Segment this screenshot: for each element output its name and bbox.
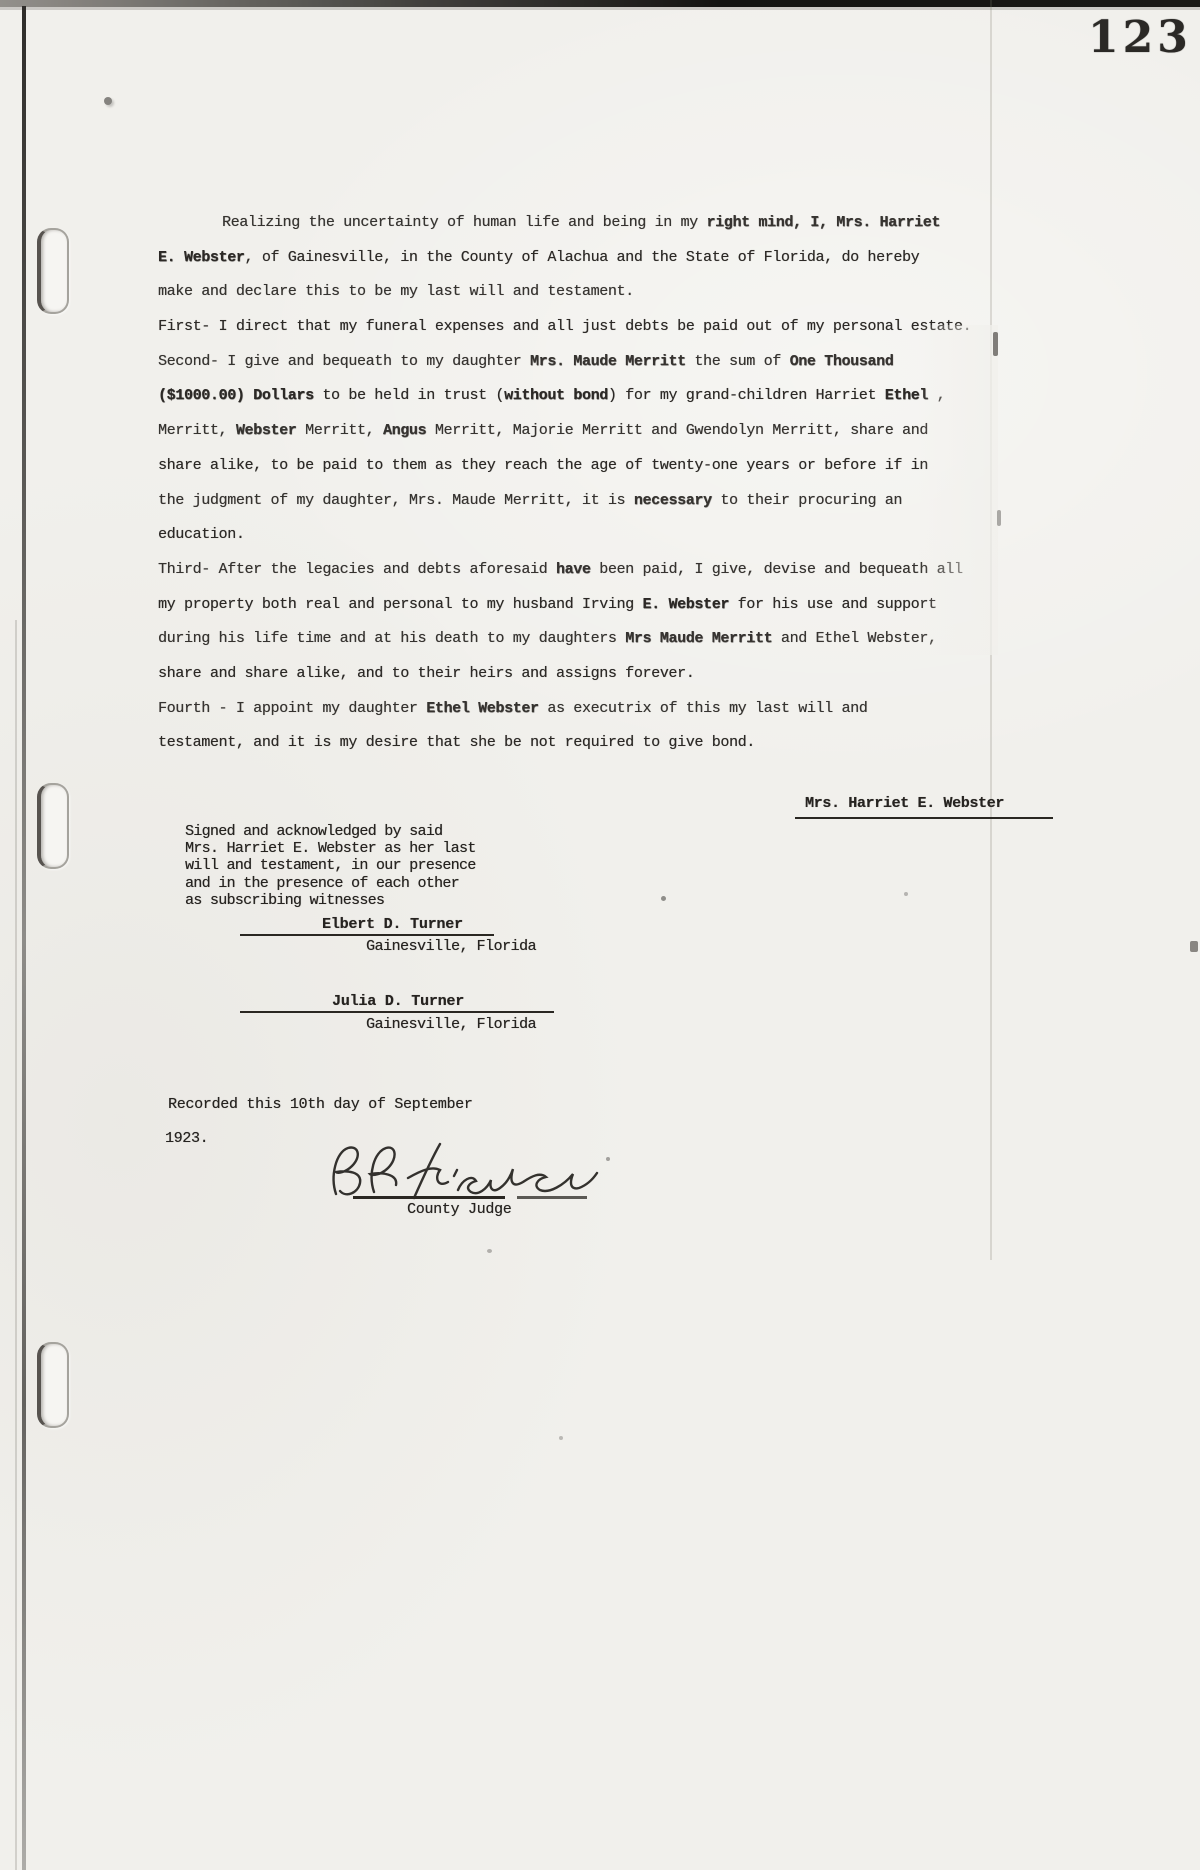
ink-speck	[559, 1436, 563, 1440]
typed-line: Fourth - I appoint my daughter Ethel Web…	[158, 692, 1018, 727]
page-number: 123	[1088, 12, 1196, 63]
ink-speck	[606, 1157, 610, 1161]
witness-signature-line: Julia D. Turner	[240, 993, 554, 1013]
testator-signature: Mrs. Harriet E. Webster	[795, 795, 1004, 812]
ink-speck	[661, 896, 666, 901]
judge-signature	[322, 1136, 602, 1204]
testator-signature-line: Mrs. Harriet E. Webster	[795, 795, 1053, 819]
attestation-line: and in the presence of each other	[185, 875, 515, 892]
attestation-clause: Signed and acknowledged by said Mrs. Har…	[185, 823, 515, 909]
witness-location: Gainesville, Florida	[366, 1016, 536, 1033]
judge-title: County Judge	[407, 1201, 511, 1218]
typed-line: Realizing the uncertainty of human life …	[158, 206, 1018, 241]
typed-line: Merritt, Webster Merritt, Angus Merritt,…	[158, 414, 1018, 449]
attestation-line: Signed and acknowledged by said	[185, 823, 515, 840]
typed-line: share and share alike, and to their heir…	[158, 657, 1018, 692]
witness-location: Gainesville, Florida	[366, 938, 536, 955]
scan-edge-left	[22, 6, 26, 1870]
typed-line: during his life time and at his death to…	[158, 622, 1018, 657]
typed-line: education.	[158, 518, 1018, 553]
witness-signature-line: Elbert D. Turner	[240, 916, 494, 936]
typed-line: testament, and it is my desire that she …	[158, 726, 1018, 761]
typed-line: make and declare this to be my last will…	[158, 275, 1018, 310]
recording-year: 1923.	[165, 1130, 208, 1147]
punch-hole	[37, 228, 69, 314]
typed-line: ($1000.00) Dollars to be held in trust (…	[158, 379, 1018, 414]
typed-line: Third- After the legacies and debts afor…	[158, 553, 1018, 588]
punch-hole	[37, 783, 69, 869]
attestation-line: will and testament, in our presence	[185, 857, 515, 874]
typed-line: share alike, to be paid to them as they …	[158, 449, 1018, 484]
judge-signature-underline	[517, 1196, 587, 1199]
ink-speck	[487, 1249, 492, 1253]
scan-mark	[1190, 941, 1198, 952]
judge-signature-underline	[353, 1196, 505, 1199]
attestation-line: Mrs. Harriet E. Webster as her last	[185, 840, 515, 857]
typed-line: my property both real and personal to my…	[158, 588, 1018, 623]
punch-hole	[37, 1342, 69, 1428]
witness-name: Julia D. Turner	[240, 993, 464, 1010]
scan-edge-left-faint	[15, 620, 17, 1870]
scan-edge-top-shadow	[0, 7, 1200, 10]
scan-mark	[997, 510, 1001, 526]
scan-edge-top	[0, 0, 1200, 7]
scanned-will-document-page: 123 Realizing the uncertainty of human l…	[0, 0, 1200, 1870]
attestation-line: as subscribing witnesses	[185, 892, 515, 909]
ink-speck	[104, 97, 112, 105]
typed-line: Second- I give and bequeath to my daught…	[158, 345, 1018, 380]
typed-line: First- I direct that my funeral expenses…	[158, 310, 1018, 345]
scan-mark	[993, 332, 998, 356]
witness-name: Elbert D. Turner	[240, 916, 463, 933]
ink-speck	[904, 892, 908, 896]
typed-line: E. Webster, of Gainesville, in the Count…	[158, 241, 1018, 276]
will-body-text: Realizing the uncertainty of human life …	[158, 206, 1018, 761]
typed-line: the judgment of my daughter, Mrs. Maude …	[158, 484, 1018, 519]
recording-date-line: Recorded this 10th day of September	[168, 1096, 473, 1113]
